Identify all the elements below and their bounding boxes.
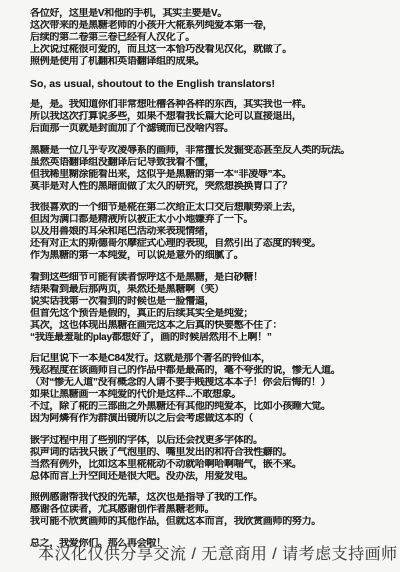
paragraph-typesetting-notes: 嵌字过程中用了些别的字体，以后还会找更多字体的。 拟声词的话我只嵌了气泡里的、嘴… [30, 435, 396, 483]
text-line: 但首先这个预告是假的，真正的后续其实全是纯爱； [30, 308, 396, 320]
paragraph-disclaimer: 是，是。我知道你们非常想吐槽各种各样的东西，其实我也一样。 所以我这次打算说多些… [30, 99, 396, 135]
text-line: 说实话我第一次看到的时候也是一脸懵逼， [30, 296, 396, 308]
text-line: 以及用兽娘的耳朵和尾巴活动来表现情绪， [30, 226, 396, 238]
text-line: （对“惨无人道”没有概念的人请不要手贱搜这本本子！你会后悔的！） [30, 377, 396, 389]
text-line: 黑糖是一位几乎专攻凌辱系的画师，非常擅长发掘变态甚至反人类的玩法。 [30, 145, 396, 157]
paragraph-english-shoutout: So, as usual, shoutout to the English tr… [30, 78, 396, 90]
paragraph-artist-background: 黑糖是一位几乎专攻凌辱系的画师，非常擅长发掘变态甚至反人类的玩法。 虽然英语翻译… [30, 145, 396, 193]
text-line: 照例感谢帮我代投的先辈，这次也是指导了我的工作。 [30, 492, 396, 504]
text-line: 但因为满口都是精液所以被正太小小地嫌弃了一下。 [30, 214, 396, 226]
text-line: 如果让黑糖画一本纯爱的代价是这样...不敢想象。 [30, 389, 396, 401]
text-line: 我可能不欣赏画师的其他作品，但就这本而言，我欣赏画师的努力。 [30, 516, 396, 528]
text-line: 还有对正太的斯德哥尔摩症式心理的表现，自然引出了态度的转变。 [30, 238, 396, 250]
text-line: 结果看到最后那两页，果然还是黑糖啊（笑） [30, 284, 396, 296]
paragraph-reader-reaction: 看到这些细节可能有读者惊呼这不是黑糖，是白砂糖！ 结果看到最后那两页，果然还是黑… [30, 272, 396, 344]
text-line: 因为阿燐有作为群演出镜所以之后会考虑做这本的（ [30, 413, 396, 425]
text-line: 我很喜欢的一个细节是椛在第二次给正太口交后想顺势亲上去， [30, 202, 396, 214]
text-line: 当然有例外，比如这本里椛椛动不动就哈啊哈啊喘气，嵌不来。 [30, 459, 396, 471]
text-line: 虽然英语翻译组没翻译后记导致我看不懂， [30, 157, 396, 169]
disclaimer-footer: 本汉化仅供分享交流 / 无意商用 / 请考虑支持画师 [38, 545, 398, 565]
paragraph-next-book: 后记里说下一本是C84发行。这就是那个著名的铃仙本， 残忍程度在该画师自己的作品… [30, 353, 396, 425]
text-line: 是，是。我知道你们非常想吐槽各种各样的东西，其实我也一样。 [30, 99, 396, 111]
text-line: 拟声词的话我只嵌了气泡里的、嘴里发出的和符合我性癖的。 [30, 447, 396, 459]
afterword-note: 各位好，这里是V和他的手机，其实主要是V。 这次带来的是黑糖老师的小孩开大椛系列… [30, 8, 396, 550]
text-line: 其次，这也体现出黑糖在画完这本之后真的快要憋不住了： [30, 320, 396, 332]
paragraph-favorite-details: 我很喜欢的一个细节是椛在第二次给正太口交后想顺势亲上去， 但因为满口都是精液所以… [30, 202, 396, 262]
text-line: 后记里说下一本是C84发行。这就是那个著名的铃仙本， [30, 353, 396, 365]
text-line: 残忍程度在该画师自己的作品中都是最高的，毫不夸张的说，惨无人道。 [30, 365, 396, 377]
text-line: 感谢各位读者，尤其感谢创作者黑糖老师。 [30, 504, 396, 516]
text-line: 但我稀里糊涂能看出来，这似乎是黑糖的第一本“非凌辱”本。 [30, 169, 396, 181]
text-line: 总体而言上升空间还是很大吧。没办法，用爱发电。 [30, 471, 396, 483]
text-line: 所以我这次打算说多些，如果不想看我长篇大论可以直接退出， [30, 111, 396, 123]
paragraph-intro: 各位好，这里是V和他的手机，其实主要是V。 这次带来的是黑糖老师的小孩开大椛系列… [30, 8, 396, 68]
text-line: 后续的第二卷第三卷已经有人汉化了。 [30, 32, 396, 44]
paragraph-thanks: 照例感谢帮我代投的先辈，这次也是指导了我的工作。 感谢各位读者，尤其感谢创作者黑… [30, 492, 396, 528]
text-line: 嵌字过程中用了些别的字体，以后还会找更多字体的。 [30, 435, 396, 447]
text-line: 各位好，这里是V和他的手机，其实主要是V。 [30, 8, 396, 20]
text-line: 莫非是对人性的黑暗面做了太久的研究，突然想换换胃口了？ [30, 181, 396, 193]
text-line: 看到这些细节可能有读者惊呼这不是黑糖，是白砂糖！ [30, 272, 396, 284]
english-shoutout-line: So, as usual, shoutout to the English tr… [30, 78, 396, 90]
text-line: “我连最羞耻的play都想好了，画的时候居然用不上啊！” [30, 332, 396, 344]
text-line: 这次带来的是黑糖老师的小孩开大椛系列纯爱本第一卷， [30, 20, 396, 32]
text-line: 不过，除了椛的三部曲之外黑糖还有其他的纯爱本，比如小孩睡大觉。 [30, 401, 396, 413]
text-line: 作为黑糖的第一本纯爱，可以说是意外的细腻了。 [30, 250, 396, 262]
text-line: 后面那一页就是封面加了个滤镜而已没啥内容。 [30, 123, 396, 135]
text-line: 上次说过椛很可爱的，而且这一本恰巧没看见汉化，就做了。 [30, 44, 396, 56]
text-line: 照例是使用了机翻和英语翻译组的成果。 [30, 56, 396, 68]
